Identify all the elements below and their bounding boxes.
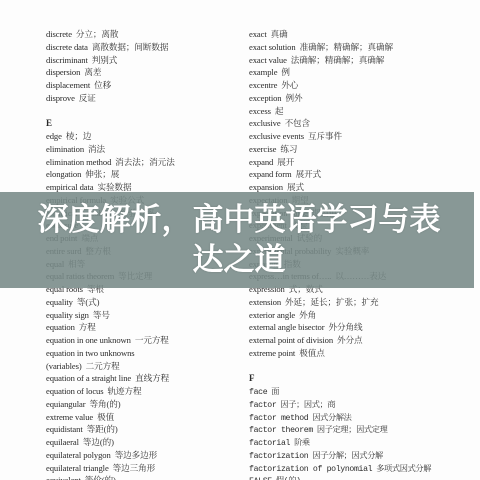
entry-term: expansion xyxy=(249,182,283,192)
entry-definition: 面 xyxy=(271,388,279,397)
entry-definition: 外分角线 xyxy=(329,322,363,332)
entry-definition: 例外 xyxy=(286,93,303,103)
glossary-entry: discrete分立；离散 xyxy=(46,28,236,41)
entry-term: discriminant xyxy=(46,55,88,65)
glossary-entry: (variables)二元方程 xyxy=(46,360,236,373)
entry-definition: 外角 xyxy=(299,310,316,320)
glossary-entry: equiangular等角(的) xyxy=(46,398,236,411)
glossary-entry: factor theorem因子定理；因式定理 xyxy=(249,423,474,436)
entry-definition: 阶乘 xyxy=(294,439,310,448)
entry-definition: 起 xyxy=(275,106,284,116)
glossary-entry: FALSE假(的) xyxy=(249,474,474,480)
glossary-entry: discrete data离散数据；间断数据 xyxy=(46,41,236,54)
entry-term: empirical data xyxy=(46,182,94,192)
entry-definition: 真确 xyxy=(271,29,288,39)
entry-definition: 二元方程 xyxy=(86,361,120,371)
entry-term: equilateral polygon xyxy=(46,450,111,460)
article-title: 深度解析，高中英语学习与表 达之道 xyxy=(0,192,474,288)
entry-definition: 法确解；精确解；真确解 xyxy=(291,55,384,65)
glossary-entry: equilaeral等边(的) xyxy=(46,436,236,449)
glossary-entry: expand form展开式 xyxy=(249,168,474,181)
entry-definition: 因子；因式；商 xyxy=(280,401,335,410)
entry-definition: 因子分解；因式分解 xyxy=(312,452,383,461)
glossary-entry: exception例外 xyxy=(249,92,474,105)
section-gap xyxy=(249,360,474,373)
glossary-entry: equilateral triangle等边三角形 xyxy=(46,462,236,475)
glossary-entry: elongation伸张；展 xyxy=(46,168,236,181)
glossary-entry: elimination method消去法；消元法 xyxy=(46,156,236,169)
entry-definition: 反证 xyxy=(79,93,96,103)
entry-definition: 轨迹方程 xyxy=(108,386,142,396)
entry-definition: 消去法；消元法 xyxy=(115,157,174,167)
glossary-entry: exclusive events互斥事件 xyxy=(249,130,474,143)
entry-term: exclusive events xyxy=(249,131,304,141)
entry-term: factor method xyxy=(249,414,308,423)
entry-definition: 等边(的) xyxy=(83,437,114,447)
glossary-entry: excess起 xyxy=(249,105,474,118)
entry-term: equiangular xyxy=(46,399,85,409)
entry-term: extreme point xyxy=(249,348,295,358)
entry-term: excentre xyxy=(249,80,277,90)
glossary-entry: disprove反证 xyxy=(46,92,236,105)
glossary-entry: example例 xyxy=(249,66,474,79)
entry-term: exercise xyxy=(249,144,276,154)
glossary-entry: exercise练习 xyxy=(249,143,474,156)
glossary-entry: edge棱；边 xyxy=(46,130,236,143)
entry-definition: 位移 xyxy=(94,80,111,90)
entry-term: factorization xyxy=(249,452,308,461)
entry-definition: 展开式 xyxy=(296,169,321,179)
entry-term: exact solution xyxy=(249,42,296,52)
entry-definition: 离散数据；间断数据 xyxy=(92,42,168,52)
glossary-entry: equation in one unknown一元方程 xyxy=(46,334,236,347)
entry-term: equality xyxy=(46,297,73,307)
entry-term: elimination method xyxy=(46,157,111,167)
entry-definition: 不包含 xyxy=(285,118,310,128)
glossary-entry: exact真确 xyxy=(249,28,474,41)
entry-term: factor theorem xyxy=(249,426,313,435)
glossary-entry: external angle bisector外分角线 xyxy=(249,321,474,334)
entry-term: equation in two unknowns xyxy=(46,348,135,358)
entry-definition: 展开 xyxy=(277,157,294,167)
entry-term: extension xyxy=(249,297,281,307)
glossary-entry: equation of locus轨迹方程 xyxy=(46,385,236,398)
entry-definition: 实验数据 xyxy=(98,182,132,192)
entry-definition: 棱；边 xyxy=(66,131,91,141)
glossary-entry: equivalent等价(的) xyxy=(46,474,236,480)
glossary-entry: excentre外心 xyxy=(249,79,474,92)
entry-term: elimination xyxy=(46,144,84,154)
glossary-entry: discriminant判别式 xyxy=(46,54,236,67)
entry-definition: 互斥事件 xyxy=(308,131,342,141)
entry-definition: 直线方程 xyxy=(135,373,169,383)
entry-definition: 等边多边形 xyxy=(115,450,157,460)
glossary-entry: equation of a straight line直线方程 xyxy=(46,372,236,385)
glossary-entry: exterior angle外角 xyxy=(249,309,474,322)
entry-definition: 等价(的) xyxy=(85,475,116,480)
entry-term: discrete data xyxy=(46,42,88,52)
entry-term: example xyxy=(249,67,277,77)
entry-definition: 极值点 xyxy=(299,348,324,358)
entry-definition: 等距(的) xyxy=(87,424,118,434)
glossary-entry: factorization因子分解；因式分解 xyxy=(249,449,474,462)
glossary-entry: factor method因式分解法 xyxy=(249,411,474,424)
entry-definition: 展式 xyxy=(287,182,304,192)
entry-term: equation of a straight line xyxy=(46,373,131,383)
entry-definition: 等号 xyxy=(93,310,110,320)
entry-term: discrete xyxy=(46,29,72,39)
glossary-entry: equality等(式) xyxy=(46,296,236,309)
entry-term: external angle bisector xyxy=(249,322,325,332)
entry-definition: 练习 xyxy=(280,144,297,154)
entry-definition: 伸张；展 xyxy=(85,169,119,179)
glossary-entry: equilateral polygon等边多边形 xyxy=(46,449,236,462)
entry-definition: 例 xyxy=(281,67,290,77)
entry-definition: 方程 xyxy=(79,322,96,332)
entry-term: exterior angle xyxy=(249,310,295,320)
entry-term: exception xyxy=(249,93,282,103)
entry-definition: 因式分解法 xyxy=(312,414,351,423)
entry-term: expand xyxy=(249,157,273,167)
entry-term: face xyxy=(249,388,267,397)
entry-definition: 等(式) xyxy=(77,297,100,307)
glossary-entry: displacement位移 xyxy=(46,79,236,92)
entry-term: factor xyxy=(249,401,276,410)
entry-definition: 极值 xyxy=(97,412,114,422)
entry-term: (variables) xyxy=(46,361,82,371)
glossary-entry: exact value法确解；精确解；真确解 xyxy=(249,54,474,67)
entry-definition: 等角(的) xyxy=(89,399,120,409)
section-letter-heading: F xyxy=(249,372,474,385)
glossary-entry: equidistant等距(的) xyxy=(46,423,236,436)
entry-term: displacement xyxy=(46,80,90,90)
entry-term: equation in one unknown xyxy=(46,335,131,345)
entry-term: equation xyxy=(46,322,75,332)
entry-term: factorization of polynomial xyxy=(249,465,372,474)
entry-term: exclusive xyxy=(249,118,281,128)
entry-term: equilateral triangle xyxy=(46,463,109,473)
entry-term: excess xyxy=(249,106,271,116)
article-title-line-1: 深度解析，高中英语学习与表 xyxy=(38,200,441,240)
glossary-entry: exact solution准确解；精确解；真确解 xyxy=(249,41,474,54)
entry-term: extreme value xyxy=(46,412,93,422)
entry-term: expand form xyxy=(249,169,292,179)
glossary-entry: extreme value极值 xyxy=(46,411,236,424)
entry-definition: 外延；延长；扩张；扩充 xyxy=(285,297,378,307)
glossary-entry: exclusive不包含 xyxy=(249,117,474,130)
entry-definition: 分立；离散 xyxy=(76,29,118,39)
entry-definition: 离差 xyxy=(84,67,101,77)
glossary-entry: factor因子；因式；商 xyxy=(249,398,474,411)
section-letter-heading: E xyxy=(46,117,236,130)
entry-term: equality sign xyxy=(46,310,89,320)
glossary-entry: dispersion离差 xyxy=(46,66,236,79)
entry-term: equation of locus xyxy=(46,386,104,396)
entry-definition: 外分点 xyxy=(337,335,362,345)
glossary-entry: external point of division外分点 xyxy=(249,334,474,347)
glossary-entry: face面 xyxy=(249,385,474,398)
entry-term: disprove xyxy=(46,93,75,103)
entry-definition: 一元方程 xyxy=(135,335,169,345)
entry-term: equidistant xyxy=(46,424,83,434)
entry-definition: 准确解；精确解；真确解 xyxy=(300,42,393,52)
entry-term: equilaeral xyxy=(46,437,79,447)
entry-definition: 消法 xyxy=(88,144,105,154)
glossary-entry: factorial阶乘 xyxy=(249,436,474,449)
entry-definition: 等边三角形 xyxy=(113,463,155,473)
glossary-entry: equation in two unknowns xyxy=(46,347,236,360)
entry-term: external point of division xyxy=(249,335,333,345)
entry-definition: 因子定理；因式定理 xyxy=(317,426,388,435)
entry-definition: 多项式因式分解 xyxy=(376,465,431,474)
section-gap xyxy=(46,105,236,118)
entry-term: elongation xyxy=(46,169,81,179)
glossary-entry: extreme point极值点 xyxy=(249,347,474,360)
entry-definition: 外心 xyxy=(281,80,298,90)
entry-term: dispersion xyxy=(46,67,80,77)
glossary-entry: extension外延；延长；扩张；扩充 xyxy=(249,296,474,309)
entry-term: exact xyxy=(249,29,267,39)
entry-term: factorial xyxy=(249,439,290,448)
article-title-line-2: 达之道 xyxy=(193,240,286,280)
entry-term: equivalent xyxy=(46,475,81,480)
glossary-entry: equality sign等号 xyxy=(46,309,236,322)
entry-term: edge xyxy=(46,131,62,141)
glossary-entry: equation方程 xyxy=(46,321,236,334)
glossary-entry: factorization of polynomial多项式因式分解 xyxy=(249,462,474,475)
glossary-entry: expand展开 xyxy=(249,156,474,169)
entry-definition: 判别式 xyxy=(92,55,117,65)
glossary-entry: elimination消法 xyxy=(46,143,236,156)
entry-term: exact value xyxy=(249,55,287,65)
